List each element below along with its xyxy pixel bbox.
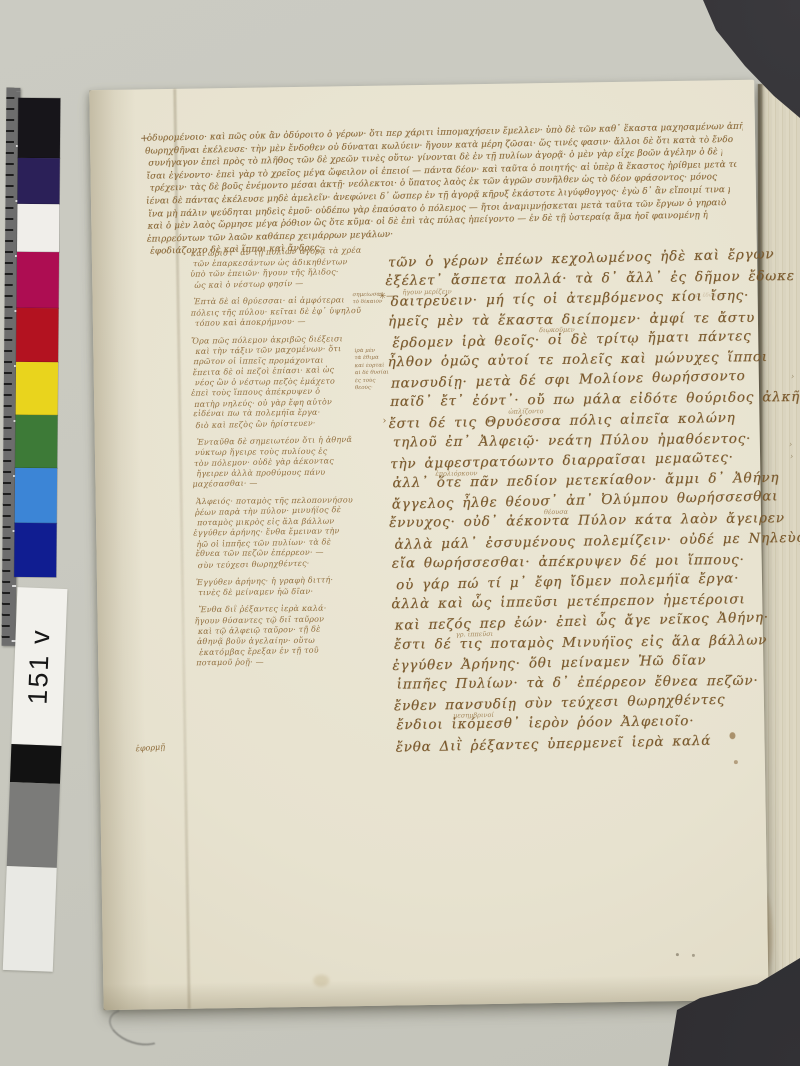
scholia-line: ποταμοῦ ῥοῇ· — — [196, 655, 398, 668]
color-patch-dark-blue — [14, 523, 56, 577]
color-patch-black — [18, 98, 61, 158]
interlinear-gloss: ὡπλίζοντο — [508, 407, 543, 416]
manuscript-photograph: ›››› + ὀδυρομένοιο· καὶ πῶς οὐκ ἂν ὀδύρο… — [0, 0, 800, 1066]
color-patch-dark-violet — [17, 158, 59, 204]
interlinear-gloss: ἤγουν μερίζειν — [402, 287, 451, 296]
scholia-block: Ἐγγύθεν ἀρήνης· ἡ γραφὴ διττή·τινὲς δὲ μ… — [196, 574, 398, 598]
grayscale-patch-black — [10, 744, 61, 784]
interlinear-gloss: μεσημβρινοί — [453, 711, 494, 720]
grayscale-patch-white — [3, 866, 57, 972]
speck — [692, 954, 695, 957]
folio-label: 151 v — [22, 628, 56, 705]
interlinear-gloss: θέουσα — [544, 508, 568, 516]
scholia-block: καὶ ὥριστ᾽ ἂν τῇ πυλίων ἀγορᾷ τὰ χρέατῶν… — [191, 245, 394, 290]
left-margin-scholia: καὶ ὥριστ᾽ ἂν τῇ πυλίων ἀγορᾷ τὰ χρέατῶν… — [191, 245, 400, 675]
color-calibration-bar — [2, 88, 63, 650]
color-patches — [14, 98, 60, 577]
scholia-block: Ἐνταῦθα δὲ σημειωτέον ὅτι ἡ ἀθηνᾶνύκτωρ … — [194, 434, 397, 490]
color-patch-white — [17, 204, 59, 252]
scholia-block: Ἔνθα διῒ ῥέξαντες ἱερὰ καλά·ἤγουν θύσαντ… — [196, 602, 399, 668]
diple-mark: › — [382, 416, 386, 427]
speck — [676, 953, 679, 956]
asterisk-margin-note: σημείωσαιτὸ δίκαιον — [352, 292, 382, 307]
color-patch-yellow — [16, 362, 58, 415]
interlinear-gloss: ἐπολιόρκουν — [435, 469, 477, 478]
scholia-line: μαχέσασθαι· — — [192, 476, 394, 490]
page-bottom-shading — [103, 974, 768, 1010]
intercolumn-margin-note: ἱρὰ μὲντὰ ἔθιμακαὶ ἑορταὶαἱ δὲ θυσίαιἐς … — [354, 348, 391, 393]
color-patch-magenta — [17, 252, 59, 308]
margin-note-line: τὸ δίκαιον — [353, 299, 383, 307]
color-patch-red — [16, 308, 58, 362]
scholia-block: Ἀλφειός· ποταμὸς τῆς πελοποννήσουῥέων πα… — [195, 494, 398, 571]
color-patch-green — [15, 415, 57, 468]
gutter-shading — [89, 90, 149, 1011]
ink-stain — [729, 732, 735, 739]
grayscale-patch-gray — [7, 782, 60, 868]
top-margin-scholia: ὀδυρομένοιο· καὶ πῶς οὐκ ἂν ὀδύροιτο ὁ γ… — [145, 121, 747, 263]
manuscript-page: + ὀδυρομένοιο· καὶ πῶς οὐκ ἂν ὀδύροιτο ὁ… — [89, 80, 768, 1010]
main-text-column: τῶν ὁ γέρων ἐπέων κεχολωμένος ἠδὲ καὶ ἔρ… — [388, 248, 758, 774]
margin-note-line: θεούς· — [355, 384, 391, 392]
bottom-margin-gloss: ἐφορμῇ — [135, 742, 165, 753]
interlinear-gloss: γρ. ἱππεῦσι — [456, 630, 493, 639]
ink-stain — [734, 760, 738, 764]
interlinear-gloss: διῳκοῦμεν — [539, 326, 575, 335]
scholia-line: τινὲς δὲ μείναμεν ἠῶ δῖαν· — [198, 585, 400, 598]
color-patch-light-blue — [15, 468, 57, 523]
folio-label-strip: 151 v — [11, 587, 67, 746]
